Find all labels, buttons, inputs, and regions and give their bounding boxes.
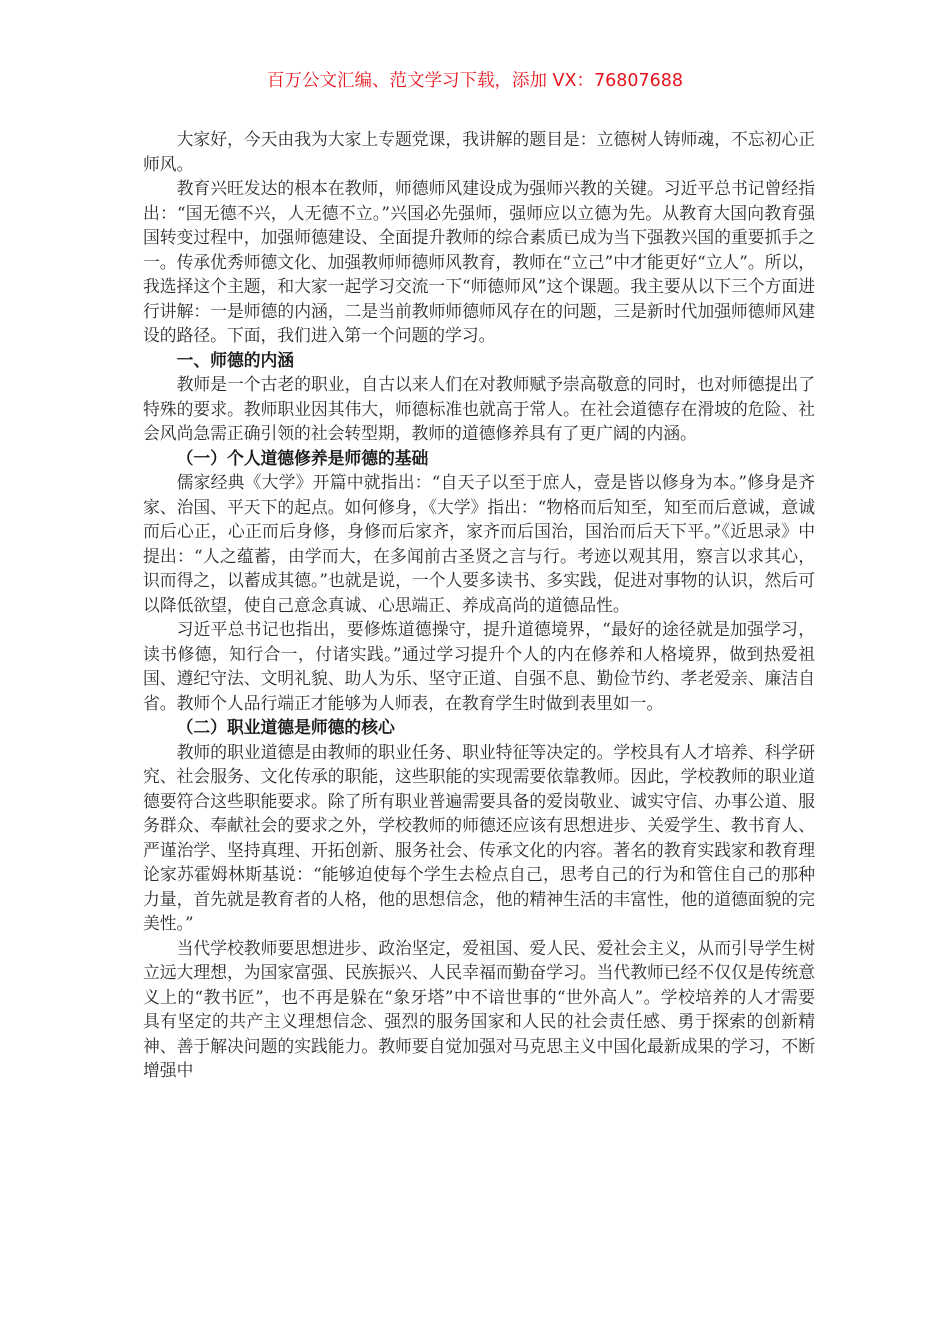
section-heading-1: 一、师德的内涵 [143, 348, 815, 373]
paragraph-daxue: 儒家经典《大学》开篇中就指出：“自天子以至于庶人，壹是皆以修身为本。”修身是齐家… [143, 470, 815, 617]
paragraph-contemporary-teachers: 当代学校教师要思想进步、政治坚定，爱祖国、爱人民、爱社会主义，从而引导学生树立远… [143, 936, 815, 1083]
watermark-banner: 百万公文汇编、范文学习下载，添加 VX：76807688 [0, 68, 950, 94]
paragraph-intro: 大家好，今天由我为大家上专题党课，我讲解的题目是：立德树人铸师魂，不忘初心正师风… [143, 127, 815, 176]
paragraph-section-1-intro: 教师是一个古老的职业，自古以来人们在对教师赋予崇高敬意的同时，也对师德提出了特殊… [143, 372, 815, 446]
paragraph-xi-quote: 习近平总书记也指出，要修炼道德操守，提升道德境界，“最好的途径就是加强学习，读书… [143, 617, 815, 715]
document-body: 大家好，今天由我为大家上专题党课，我讲解的题目是：立德树人铸师魂，不忘初心正师风… [143, 127, 815, 1083]
paragraph-background: 教育兴旺发达的根本在教师，师德师风建设成为强师兴教的关键。习近平总书记曾经指出：… [143, 176, 815, 348]
subsection-heading-2: （二）职业道德是师德的核心 [143, 715, 815, 740]
paragraph-professional-ethics: 教师的职业道德是由教师的职业任务、职业特征等决定的。学校具有人才培养、科学研究、… [143, 740, 815, 936]
document-page: 百万公文汇编、范文学习下载，添加 VX：76807688 大家好，今天由我为大家… [0, 0, 950, 1344]
subsection-heading-1: （一）个人道德修养是师德的基础 [143, 446, 815, 471]
